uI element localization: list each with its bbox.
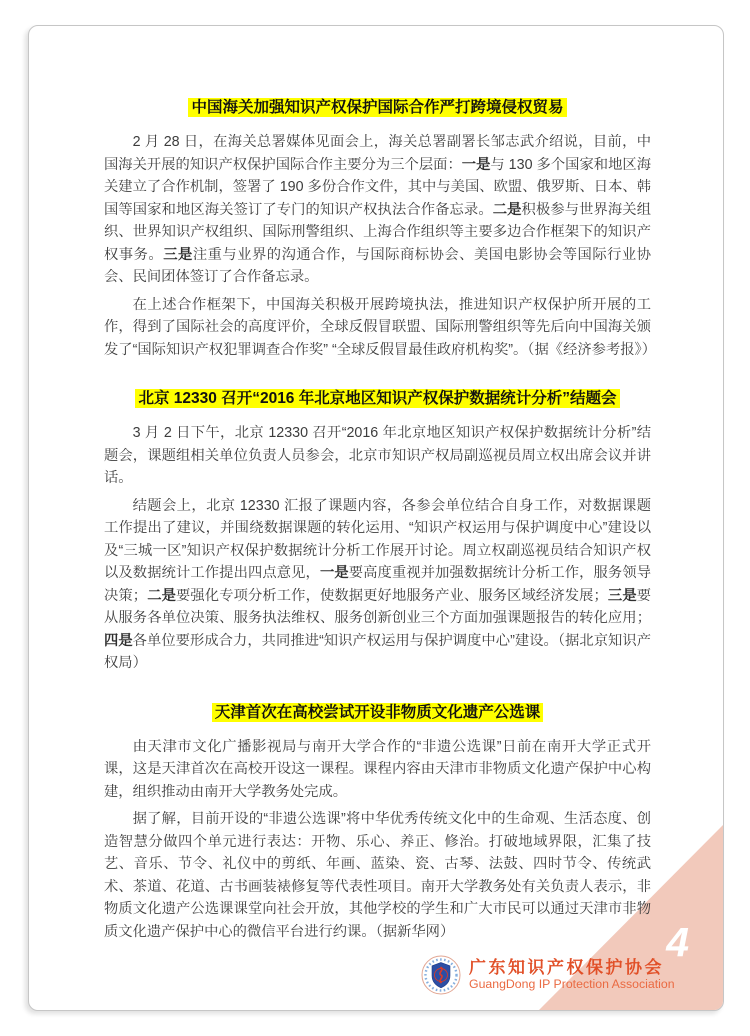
emphasis-text-run: 四是 [104,633,133,649]
emphasis-text-run: 三是 [163,247,193,263]
emphasis-text-run: 二是 [493,202,522,218]
news-section-tianjin-course: 天津首次在高校尝试开设非物质文化遗产公选课 由天津市文化广播影视局与南开大学合作… [104,702,651,944]
section-body: 3 月 2 日下午，北京 12330 召开“2016 年北京地区知识产权保护数据… [104,422,651,675]
text-run: 由天津市文化广播影视局与南开大学合作的“非遗公选课”日前在南开大学正式开课，这是… [104,739,651,800]
text-run: 3 月 2 日下午，北京 12330 召开“2016 年北京地区知识产权保护数据… [104,425,651,486]
section-body: 由天津市文化广播影视局与南开大学合作的“非遗公选课”日前在南开大学正式开课，这是… [104,736,651,944]
body-paragraph: 2 月 28 日，在海关总署媒体见面会上，海关总署副署长邹志武介绍说，目前，中国… [104,131,651,289]
section-headline: 天津首次在高校尝试开设非物质文化遗产公选课 [104,702,651,723]
page-footer: 广东知识产权保护协会 GuangDong IP Protection Assoc… [421,955,675,995]
text-run: 要强化专项分析工作，使数据更好地服务产业、服务区域经济发展； [176,588,608,604]
emphasis-text-run: 三是 [608,588,637,604]
highlighted-headline-text: 北京 12330 召开“2016 年北京地区知识产权保护数据统计分析”结题会 [135,389,619,408]
org-name-english: GuangDong IP Protection Association [469,977,675,992]
section-headline: 中国海关加强知识产权保护国际合作严打跨境侵权贸易 [104,97,651,118]
body-paragraph: 结题会上，北京 12330 汇报了课题内容，各参会单位结合自身工作，对数据课题工… [104,495,651,675]
emphasis-text-run: 一是 [462,157,491,173]
text-run: 据了解，目前开设的“非遗公选课”将中华优秀传统文化中的生命观、生活态度、创造智慧… [104,811,651,940]
emphasis-text-run: 二是 [147,588,176,604]
body-paragraph: 3 月 2 日下午，北京 12330 召开“2016 年北京地区知识产权保护数据… [104,422,651,490]
body-paragraph: 由天津市文化广播影视局与南开大学合作的“非遗公选课”日前在南开大学正式开课，这是… [104,736,651,804]
document-page: 中国海关加强知识产权保护国际合作严打跨境侵权贸易 2 月 28 日，在海关总署媒… [28,25,724,1011]
emphasis-text-run: 一是 [320,565,349,581]
news-section-beijing-12330: 北京 12330 召开“2016 年北京地区知识产权保护数据统计分析”结题会 3… [104,388,651,675]
org-name-chinese: 广东知识产权保护协会 [469,958,675,977]
text-run: 各单位要形成合力，共同推进“知识产权运用与保护调度中心”建设。（据北京知识产权局… [104,633,651,672]
text-run: 在上述合作框架下，中国海关积极开展跨境执法，推进知识产权保护所开展的工作，得到了… [104,297,656,358]
section-body: 2 月 28 日，在海关总署媒体见面会上，海关总署副署长邹志武介绍说，目前，中国… [104,131,651,361]
highlighted-headline-text: 中国海关加强知识产权保护国际合作严打跨境侵权贸易 [188,98,566,117]
highlighted-headline-text: 天津首次在高校尝试开设非物质文化遗产公选课 [212,703,544,722]
footer-org-names: 广东知识产权保护协会 GuangDong IP Protection Assoc… [469,958,675,992]
page-content: 中国海关加强知识产权保护国际合作严打跨境侵权贸易 2 月 28 日，在海关总署媒… [29,26,723,943]
body-paragraph: 据了解，目前开设的“非遗公选课”将中华优秀传统文化中的生命观、生活态度、创造智慧… [104,808,651,943]
body-paragraph: 在上述合作框架下，中国海关积极开展跨境执法，推进知识产权保护所开展的工作，得到了… [104,294,651,362]
gdipa-badge-icon [421,955,461,995]
news-section-customs: 中国海关加强知识产权保护国际合作严打跨境侵权贸易 2 月 28 日，在海关总署媒… [104,97,651,361]
section-headline: 北京 12330 召开“2016 年北京地区知识产权保护数据统计分析”结题会 [104,388,651,409]
